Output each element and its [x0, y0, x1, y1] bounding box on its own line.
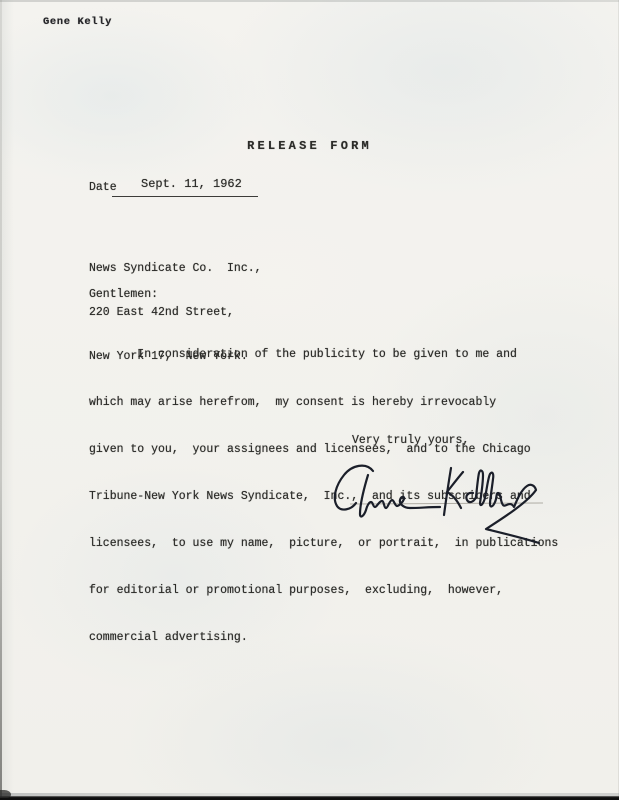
salutation: Gentlemen:	[89, 288, 158, 301]
body-line: given to you, your assignees and license…	[89, 442, 558, 458]
paper-edge-left	[0, 0, 2, 800]
signature-ink-icon	[320, 458, 560, 553]
date-underline	[112, 196, 258, 197]
form-title: RELEASE FORM	[0, 139, 619, 153]
collector-annotation: Gene Kelly	[43, 16, 112, 28]
gene-kelly-signature	[320, 458, 560, 553]
paper-edge-bottom	[0, 796, 619, 800]
scan-corner-smudge	[0, 790, 11, 798]
closing-line: Very truly yours,	[352, 434, 469, 447]
release-form-document: Gene Kelly RELEASE FORM Date Sept. 11, 1…	[0, 0, 619, 800]
paper-left-shading	[0, 0, 14, 800]
body-line: In consideration of the publicity to be …	[89, 347, 558, 363]
recipient-line: News Syndicate Co. Inc.,	[89, 262, 262, 277]
body-line: for editorial or promotional purposes, e…	[89, 583, 558, 599]
date-label: Date	[89, 181, 117, 194]
date-value: Sept. 11, 1962	[141, 177, 242, 191]
body-line: commercial advertising.	[89, 630, 558, 646]
body-line: which may arise herefrom, my consent is …	[89, 395, 558, 411]
paper-edge-top	[0, 0, 619, 2]
